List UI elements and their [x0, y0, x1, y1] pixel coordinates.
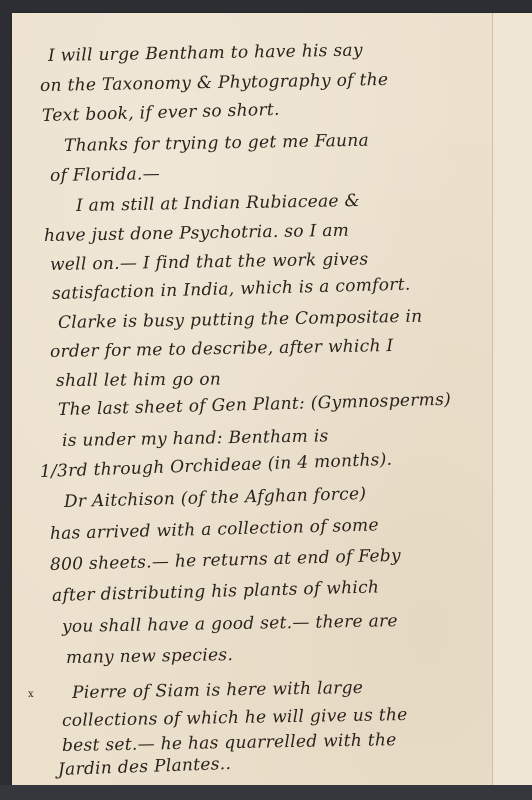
text-line: order for me to describe, after which I — [50, 336, 394, 362]
document-viewer: I will urge Bentham to have his say on t… — [0, 0, 532, 800]
text-line: you shall have a good set.— there are — [62, 611, 398, 637]
text-line: Thanks for trying to get me Fauna — [64, 131, 369, 156]
text-line: collections of which he will give us the — [62, 705, 408, 731]
text-line: has arrived with a collection of some — [50, 515, 379, 544]
text-line: satisfaction in India, which is a comfor… — [52, 275, 411, 304]
text-line: have just done Psychotria. so I am — [44, 221, 349, 246]
text-line: 1/3rd through Orchideae (in 4 months). — [40, 450, 393, 482]
text-line: after distributing his plants of which — [52, 577, 380, 606]
text-line: shall let him go on — [56, 370, 221, 391]
text-line: The last sheet of Gen Plant: (Gymnosperm… — [58, 390, 452, 420]
text-line: on the Taxonomy & Phytography of the — [40, 70, 389, 96]
text-line: well on.— I find that the work gives — [50, 249, 369, 275]
text-line: Pierre of Siam is here with large — [72, 678, 364, 703]
text-line: many new species. — [66, 645, 233, 668]
text-line: Text book, if ever so short. — [42, 100, 280, 126]
text-line: Jardin des Plantes.. — [58, 754, 232, 780]
text-line: I will urge Bentham to have his say — [48, 41, 363, 66]
text-line: 800 sheets.— he returns at end of Feby — [50, 546, 401, 575]
margin-mark: x — [28, 689, 34, 700]
text-line: I am still at Indian Rubiaceae & — [76, 191, 360, 216]
text-line: of Florida.— — [50, 164, 160, 186]
text-line: Clarke is busy putting the Compositae in — [58, 307, 423, 333]
text-line: best set.— he has quarrelled with the — [62, 730, 397, 756]
text-line: is under my hand: Bentham is — [62, 426, 329, 451]
handwritten-text: I will urge Bentham to have his say on t… — [0, 0, 532, 800]
text-line: Dr Aitchison (of the Afghan force) — [64, 484, 367, 512]
